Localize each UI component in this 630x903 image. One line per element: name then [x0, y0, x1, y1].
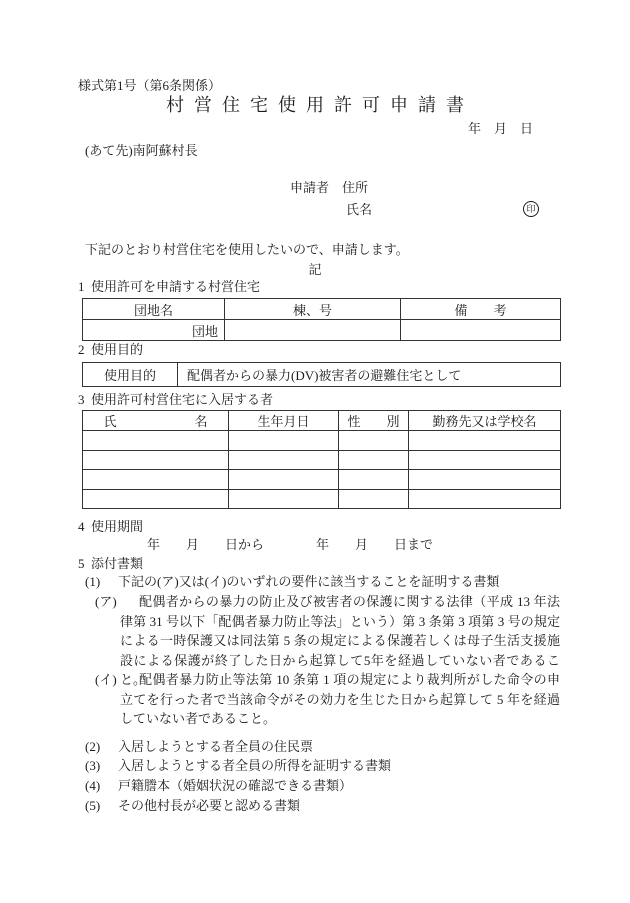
occupants-col-sex: 性 別	[339, 411, 409, 431]
housing-col-building: 棟、号	[225, 299, 401, 320]
occupant-row	[83, 431, 561, 451]
remarks-cell	[401, 320, 561, 341]
attachment-item-4: (4) 戸籍謄本（婚姻状況の確認できる書類）	[85, 777, 352, 794]
page-title: 村営住宅使用許可申請書	[0, 93, 630, 117]
addressee: (あて先)南阿蘇村長	[85, 142, 198, 159]
purpose-label-cell: 使用目的	[83, 363, 178, 387]
applicant-address-label: 申請者 住所	[290, 179, 368, 196]
item-label: (2)	[85, 738, 118, 755]
occupants-table: 氏 名 生年月日 性 別 勤務先又は学校名	[82, 410, 561, 509]
seal-icon: 印	[523, 201, 539, 217]
attachment-item-i-text: 配偶者暴力防止等法第 10 条第 1 項の規定により裁判所がした命令の申立てを行…	[120, 670, 560, 729]
item-text: その他村長が必要と認める書類	[118, 797, 300, 814]
attachment-item-3: (3) 入居しようとする者全員の所得を証明する書類	[85, 757, 391, 774]
occupants-col-workplace: 勤務先又は学校名	[409, 411, 561, 431]
housing-col-remarks: 備 考	[401, 299, 561, 320]
section4-heading: 4 使用期間	[78, 518, 143, 535]
occupants-col-birthdate: 生年月日	[229, 411, 339, 431]
application-form-page: 様式第1号（第6条関係） 村営住宅使用許可申請書 年 月 日 (あて先)南阿蘇村…	[0, 0, 630, 903]
occupant-row	[83, 450, 561, 470]
section3-heading: 3 使用許可村営住宅に入居する者	[78, 391, 273, 408]
building-number-cell	[225, 320, 401, 341]
form-number: 様式第1号（第6条関係）	[78, 77, 221, 94]
item-text: 戸籍謄本（婚姻状況の確認できる書類）	[118, 777, 352, 794]
section5-heading: 5 添付書類	[78, 555, 143, 572]
item-text: 入居しようとする者全員の住民票	[118, 738, 313, 755]
occupant-row	[83, 489, 561, 509]
item-label-i: (イ)	[95, 670, 117, 690]
record-marker: 記	[0, 261, 630, 278]
item-label: (3)	[85, 757, 118, 774]
housing-table: 団地名 棟、号 備 考 団地	[82, 298, 561, 341]
section2-heading: 2 使用目的	[78, 341, 143, 358]
item-label-a: (ア)	[95, 592, 117, 612]
use-period-line: 年 月 日から 年 月 日まで	[147, 536, 433, 553]
purpose-value-cell: 配偶者からの暴力(DV)被害者の避難住宅として	[178, 363, 561, 387]
item-label: (1)	[85, 573, 118, 590]
item-label: (4)	[85, 777, 118, 794]
item-text: 下記の(ア)又は(イ)のいずれの要件に該当することを証明する書類	[118, 573, 499, 590]
occupants-col-name: 氏 名	[83, 411, 229, 431]
attachment-item-1: (1) 下記の(ア)又は(イ)のいずれの要件に該当することを証明する書類	[85, 573, 499, 590]
item-label: (5)	[85, 797, 118, 814]
purpose-table: 使用目的 配偶者からの暴力(DV)被害者の避難住宅として	[82, 362, 561, 387]
section1-heading: 1 使用許可を申請する村営住宅	[78, 278, 260, 295]
attachment-item-2: (2) 入居しようとする者全員の住民票	[85, 738, 313, 755]
occupant-row	[83, 470, 561, 490]
intro-sentence: 下記のとおり村営住宅を使用したいので、申請します。	[85, 241, 409, 258]
date-line: 年 月 日	[380, 120, 533, 137]
housing-col-danchi: 団地名	[83, 299, 225, 320]
applicant-name-label: 氏名	[346, 201, 372, 218]
danchi-name-cell: 団地	[83, 320, 225, 341]
item-text: 入居しようとする者全員の所得を証明する書類	[118, 757, 391, 774]
attachment-item-5: (5) その他村長が必要と認める書類	[85, 797, 300, 814]
